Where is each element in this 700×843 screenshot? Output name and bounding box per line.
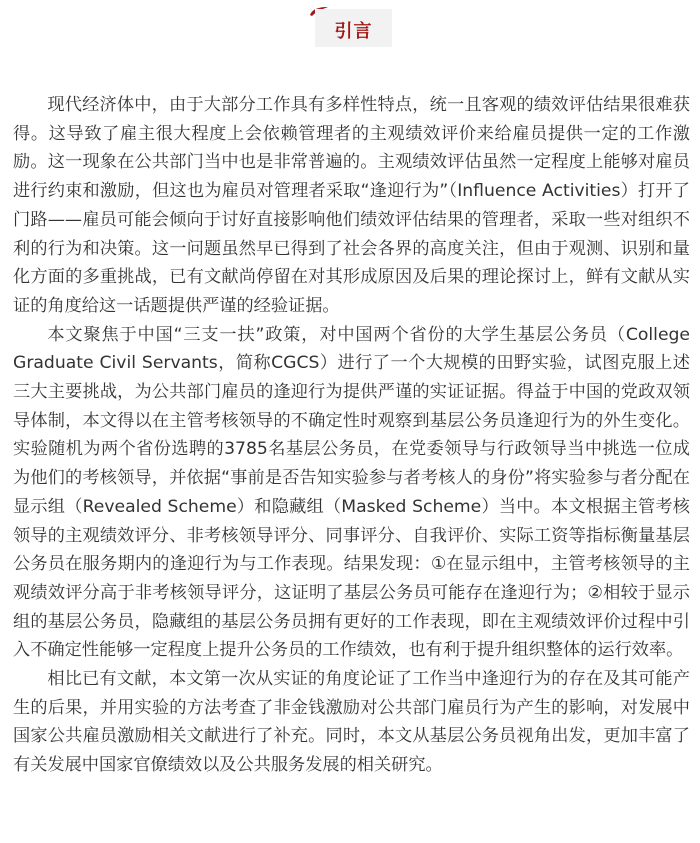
heading-badge: 引言 [315, 9, 392, 47]
heading-title: 引言 [315, 17, 392, 43]
paragraph-method-results: 本文聚焦于中国“三支一扶”政策，对中国两个省份的大学生基层公务员（College… [13, 321, 690, 665]
paragraph-intro: 现代经济体中，由于大部分工作具有多样性特点，统一且客观的绩效评估结果很难获得。这… [13, 91, 690, 321]
article-body: 现代经济体中，由于大部分工作具有多样性特点，统一且客观的绩效评估结果很难获得。这… [13, 91, 690, 780]
paragraph-contribution: 相比已有文献，本文第一次从实证的角度论证了工作当中逢迎行为的存在及其可能产生的后… [13, 665, 690, 780]
section-heading: 引言 [0, 0, 700, 60]
